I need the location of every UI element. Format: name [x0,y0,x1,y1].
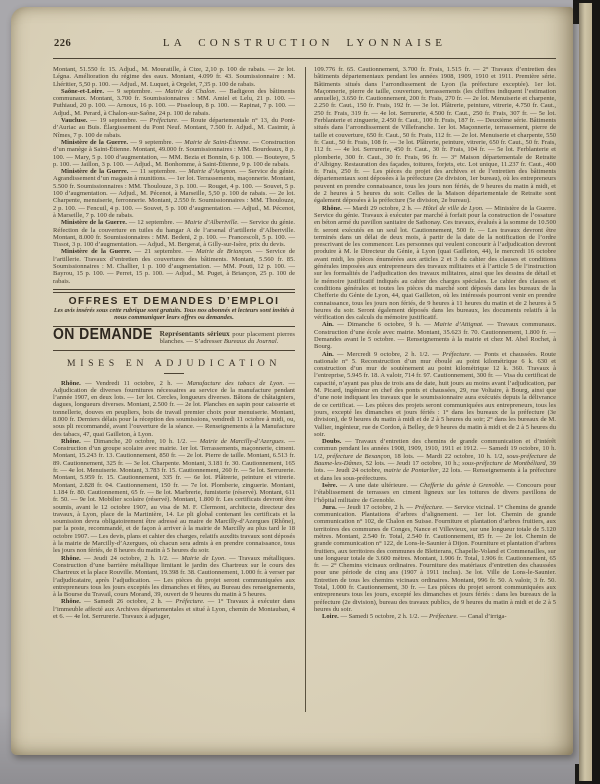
paragraph: 109.776 fr. 65. Cautionnement, 3.700 fr.… [314,66,556,205]
left-column-top: Montant, 51.550 fr. 15. Adjud., M. Moura… [53,66,295,285]
right-column: 109.776 fr. 65. Cautionnement, 3.700 fr.… [314,66,556,726]
on-demande-label: ON DEMANDE [53,330,153,338]
left-column-bottom: Rhône. — Vendredi 11 octobre, 2 h. — Man… [53,380,295,621]
paragraph: Montant, 51.550 fr. 15. Adjud., M. Moura… [53,66,295,88]
paragraph: Ministère de la Guerre. — 9 septembre. —… [53,139,295,168]
ad-bold-text: Représentants sérieux [160,329,230,338]
section-heading: MISES EN ADJUDICATION [53,360,295,367]
page-number: 226 [54,38,71,49]
paragraph: Ain. — Dimanche 6 octobre, 9 h. — Mairie… [314,321,556,350]
journal-title: LA CONSTRUCTION LYONNAISE [53,37,556,49]
scan-black-edge [592,0,600,784]
paragraph: Rhône. — Vendredi 11 octobre, 2 h. — Man… [53,380,295,438]
scanned-journal-page: { "page": { "page_number": "226", "journ… [0,0,600,784]
paragraph: Rhône. — Jeudi 24 octobre, 2 h. 1/2. — M… [53,555,295,599]
page-header: 226 LA CONSTRUCTION LYONNAISE [53,37,556,53]
employment-notice: Les avis insérés sous cette rubrique son… [53,307,295,321]
thin-rule [53,350,295,351]
on-demande-ad: ON DEMANDE Représentants sérieux pour pl… [53,330,295,347]
text-columns: Montant, 51.550 fr. 15. Adjud., M. Moura… [53,66,556,726]
paragraph: Rhône. — Mardi 29 octobre, 2 h. — Hôtel … [314,205,556,322]
header-rule [53,58,556,59]
paragraph: Saône-et-Loire. — 9 septembre. — Mairie … [53,88,295,117]
paragraph: Vaucluse. — 19 septembre. — Préfecture. … [53,117,295,139]
paragraph: Ministère de la Guerre. — 12 septembre. … [53,219,295,248]
paragraph: Isère. — A une date ultérieure. — Cheffe… [314,482,556,504]
section-heading-dash [164,373,184,374]
paragraph: Ministère de la Guerre. — 21 septembre. … [53,248,295,284]
ad-italic-text: Bureaux du Journal. [224,338,279,345]
left-column: Montant, 51.550 fr. 15. Adjud., M. Moura… [53,66,295,726]
paragraph: Ain. — Mercredi 9 octobre, 2 h. 1/2. — P… [314,351,556,439]
journal-page: 226 LA CONSTRUCTION LYONNAISE Montant, 5… [11,7,573,755]
paragraph: Rhône. — Dimanche, 20 octobre, 10 h. 1/2… [53,438,295,555]
employment-heading: OFFRES ET DEMANDES D’EMPLOI [53,298,295,305]
on-demande-text: Représentants sérieux pour placement pie… [160,330,295,347]
paragraph: Ministère de la Guerre. — 11 septembre. … [53,168,295,219]
paragraph: Loire. — Samedi 5 octobre, 2 h. 1/2. — P… [314,613,556,620]
employment-section: OFFRES ET DEMANDES D’EMPLOI Les avis ins… [53,289,295,351]
paragraph: Jura. — Jeudi 17 octobre, 2 h. — Préfect… [314,504,556,613]
double-rule [53,289,295,293]
paragraph: Doubs. — Travaux d’entretien des chemins… [314,438,556,482]
paragraph: Rhône. — Samedi 26 octobre, 2 h. — Préfe… [53,598,295,620]
column-divider [305,67,306,712]
page-content: 226 LA CONSTRUCTION LYONNAISE Montant, 5… [53,37,556,745]
next-page-edge [579,3,592,781]
